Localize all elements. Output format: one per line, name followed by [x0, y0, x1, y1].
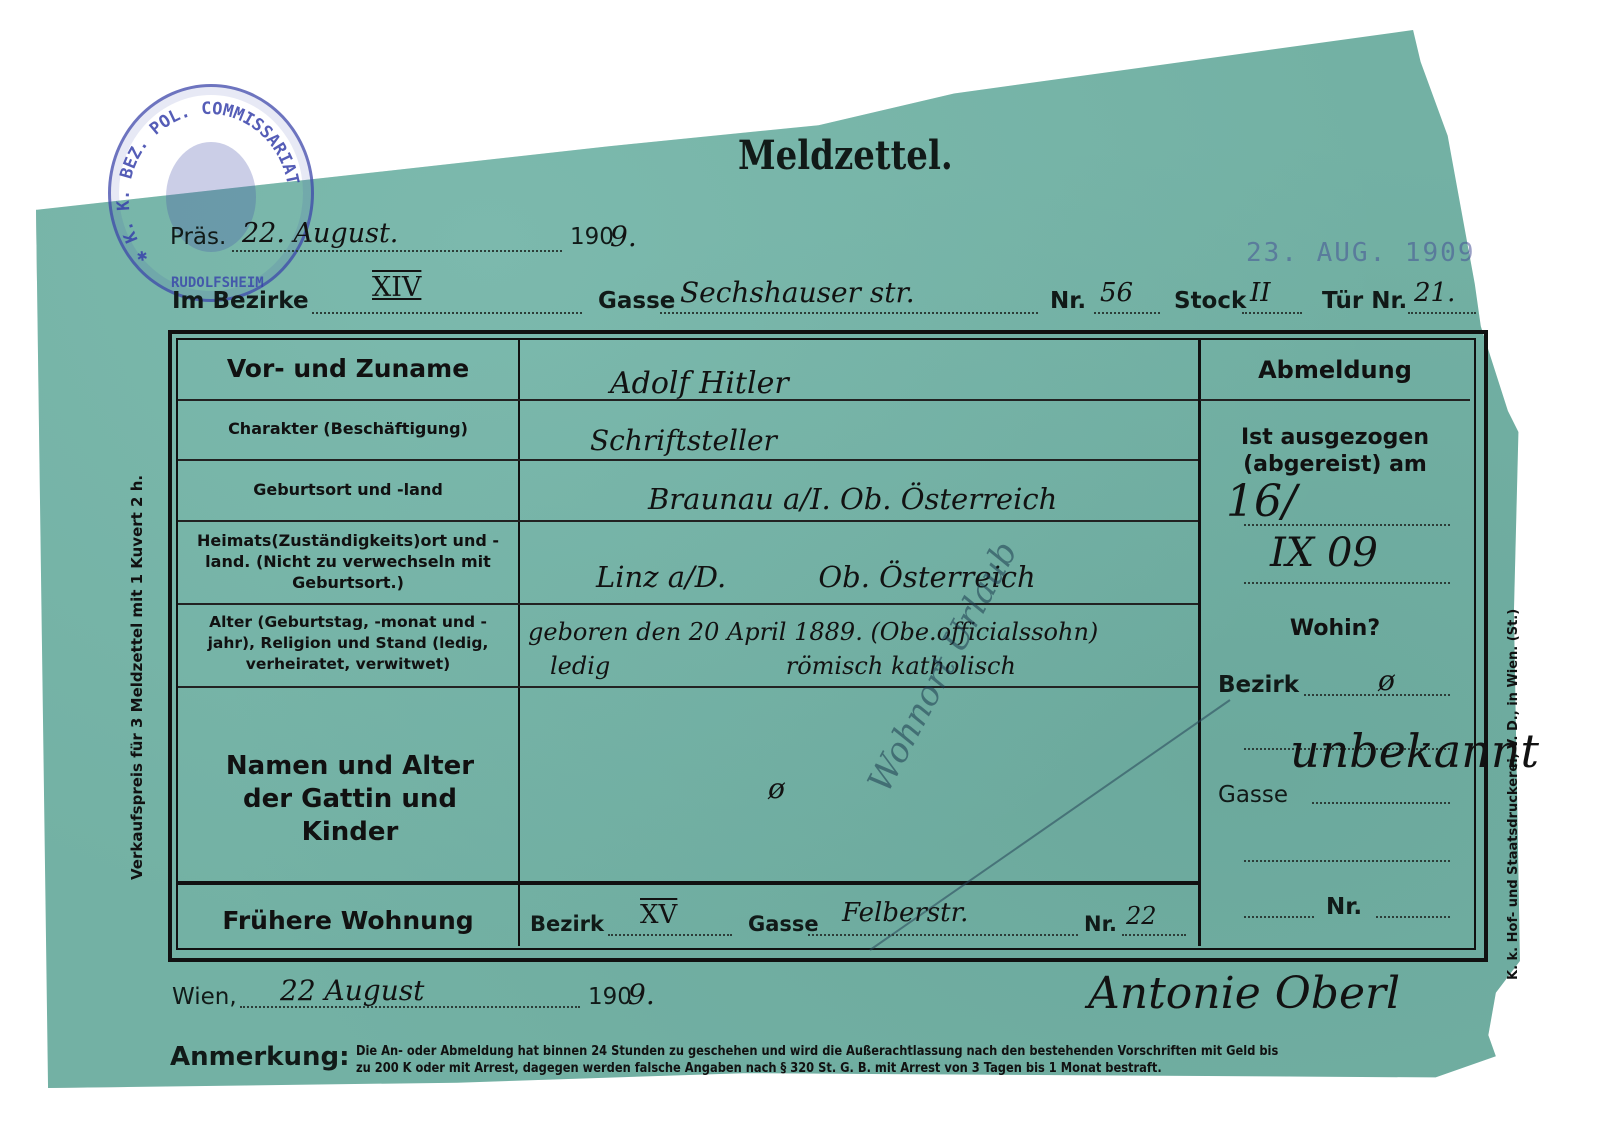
value-occupation[interactable]: Schriftsteller	[590, 424, 777, 457]
signature: Antonie Oberl	[1088, 968, 1400, 1019]
prev-nr-field[interactable]: 22	[1122, 916, 1186, 936]
abmeldung-nr-label: Nr.	[1326, 894, 1362, 920]
stock-label: Stock	[1174, 288, 1246, 314]
bezirk-value: XIV	[372, 272, 421, 303]
praes-label: Präs.	[170, 224, 226, 250]
right-margin-printer-note: K. k. Hof- und Staatsdruckerei, V. D., i…	[1506, 609, 1521, 980]
stamp-eagle-icon: ✱ K. K. BEZ. POL. COMMISSARIAT RUDOLFSHE…	[111, 87, 311, 299]
stock-value: II	[1250, 278, 1271, 308]
row-divider	[178, 603, 1198, 605]
bezirk-field[interactable]: XIV	[312, 292, 582, 314]
abmeldung-gasse-field-2[interactable]	[1244, 850, 1450, 862]
praes-year-suffix: 9.	[610, 220, 637, 253]
footer-year-prefix: 190	[588, 984, 632, 1010]
abmeldung-unknown-value: unbekannt	[1290, 724, 1539, 778]
abmeldung-bezirk-label: Bezirk	[1218, 672, 1299, 698]
label-family: Namen und Alter der Gattin und Kinder	[200, 750, 500, 849]
abmeldung-gasse-field[interactable]	[1312, 792, 1450, 804]
nr-value: 56	[1100, 278, 1133, 308]
moved-date-month-year: IX 09	[1270, 530, 1378, 576]
value-name[interactable]: Adolf Hitler	[610, 366, 789, 401]
row-divider	[178, 520, 1198, 522]
moved-out-label: Ist ausgezogen (abgereist) am	[1230, 424, 1440, 478]
value-family[interactable]: ø	[768, 772, 785, 805]
note-text-line-1: Die An- oder Abmeldung hat binnen 24 Stu…	[356, 1043, 1350, 1060]
prev-gasse-field[interactable]: Felberstr.	[808, 916, 1078, 936]
abmeldung-gasse-label: Gasse	[1218, 782, 1288, 808]
prev-bezirk-value: XV	[640, 900, 677, 930]
tuer-label: Tür Nr.	[1322, 288, 1407, 314]
gasse-field[interactable]: Sechshauser str.	[660, 292, 1038, 314]
prev-nr-label: Nr.	[1084, 912, 1117, 936]
nr-label: Nr.	[1050, 288, 1086, 314]
prev-nr-value: 22	[1126, 902, 1157, 930]
praes-year-prefix: 190	[570, 224, 614, 250]
nr-field[interactable]: 56	[1094, 292, 1160, 314]
prev-bezirk-field[interactable]: XV	[608, 916, 732, 936]
label-name: Vor- und Zuname	[178, 354, 518, 383]
abmeldung-bezirk-value: ø	[1378, 664, 1395, 697]
row-divider	[178, 686, 1198, 688]
abmeldung-nr-field[interactable]	[1376, 906, 1450, 918]
footer-year-suffix: 9.	[628, 978, 655, 1011]
footer-date-value: 22 August	[280, 974, 424, 1007]
abmeldung-header-divider	[1200, 399, 1470, 401]
abmeldung-nr-field-left[interactable]	[1244, 906, 1314, 918]
label-birthplace: Geburtsort und -land	[178, 480, 518, 499]
wien-label: Wien,	[172, 984, 237, 1010]
page-title: Meldzettel.	[738, 132, 953, 179]
note-label: Anmerkung:	[170, 1042, 350, 1072]
wohin-label: Wohin?	[1200, 616, 1470, 641]
abmeldung-bezirk-field[interactable]: ø	[1304, 682, 1450, 696]
row-divider	[178, 459, 1198, 461]
label-age-religion: Alter (Geburtstag, -monat und -jahr), Re…	[190, 612, 506, 675]
label-hometown: Heimats(Zuständigkeits)ort und -land. (N…	[190, 530, 506, 593]
police-stamp: ✱ K. K. BEZ. POL. COMMISSARIAT RUDOLFSHE…	[108, 84, 314, 302]
prev-bezirk-label: Bezirk	[530, 912, 604, 936]
value-birthplace[interactable]: Braunau a/I. Ob. Österreich	[648, 482, 1057, 516]
gasse-value: Sechshauser str.	[680, 276, 915, 309]
label-previous-residence: Frühere Wohnung	[178, 906, 518, 935]
tuer-field[interactable]: 21.	[1408, 292, 1476, 314]
stock-field[interactable]: II	[1242, 292, 1302, 314]
moved-date-day: 16/	[1226, 476, 1297, 527]
prev-gasse-value: Felberstr.	[842, 898, 968, 928]
column-divider	[518, 340, 520, 946]
praes-value: 22. August.	[242, 218, 398, 249]
note-text-line-2: zu 200 K oder mit Arrest, dagegen werden…	[356, 1060, 1350, 1077]
tuer-value: 21.	[1414, 278, 1455, 308]
value-birthdate[interactable]: geboren den 20 April 1889. (Obe.official…	[528, 618, 1098, 646]
received-date-stamp: 23. AUG. 1909	[1246, 238, 1476, 268]
praes-field[interactable]: 22. August.	[232, 226, 562, 252]
bezirk-label: Im Bezirke	[172, 288, 309, 314]
left-margin-price-note: Verkaufspreis für 3 Meldzettel mit 1 Kuv…	[128, 475, 146, 880]
abmeldung-title: Abmeldung	[1200, 356, 1470, 384]
label-occupation: Charakter (Beschäftigung)	[178, 419, 518, 438]
footer-date-field[interactable]: 22 August	[240, 990, 580, 1008]
